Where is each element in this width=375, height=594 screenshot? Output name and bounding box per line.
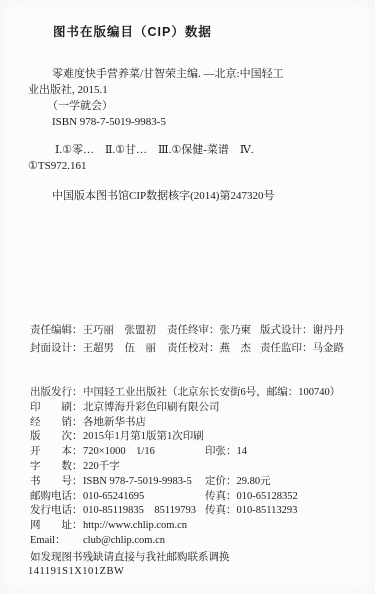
colophon-row-publisher: 出版发行： 中国轻工业出版社（北京东长安街6号，邮编：100740） [30, 386, 370, 401]
credit-pair: 责任校对： 燕 杰 [167, 340, 260, 358]
colophon-extra: 传真：010-65128352 [205, 490, 298, 505]
colophon-extra: 传真：010-85113293 [205, 504, 297, 519]
cip-series: （一学就会） [28, 98, 358, 114]
colophon-label: 网 址： [30, 519, 83, 534]
colophon-extra: 印张：14 [205, 445, 247, 460]
colophon-row-sales-phone: 发行电话： 010-85119835 85119793 传真：010-85113… [30, 504, 370, 519]
colophon-row-mailorder-phone: 邮购电话： 010-65241695 传真：010-65128352 [30, 490, 370, 505]
credit-pair: 责任编辑： 王巧丽 张盟初 [30, 322, 167, 340]
colophon-value: 010-85119835 85119793 [83, 504, 205, 519]
colophon-label: 书 号： [30, 475, 83, 490]
cip-section: 图书在版编目（CIP）数据 零难度快手营养菜/甘智荣主编. —北京:中国轻工 业… [28, 24, 358, 204]
credits-row: 封面设计： 王超男 伍 丽 责任校对： 燕 杰 责任监印： 马金路 [30, 340, 370, 358]
cip-classification-line2: ①TS972.161 [28, 158, 358, 174]
colophon-row-website: 网 址： http://www.chlip.com.cn [30, 519, 370, 534]
credit-pair: 责任终审： 张乃柬 [167, 322, 260, 340]
colophon-value: 北京博海升彩色印刷有限公司 [83, 401, 220, 416]
colophon-section: 出版发行： 中国轻工业出版社（北京东长安街6号，邮编：100740） 印 刷： … [30, 386, 370, 549]
credit-label: 责任终审： [167, 322, 220, 340]
colophon-row-wordcount: 字 数： 220千字 [30, 460, 370, 475]
copyright-page: 图书在版编目（CIP）数据 零难度快手营养菜/甘智荣主编. —北京:中国轻工 业… [0, 0, 375, 594]
credit-value: 燕 杰 [220, 340, 252, 358]
colophon-row-isbn: 书 号： ISBN 978-7-5019-9983-5 定价：29.80元 [30, 475, 370, 490]
colophon-row-printer: 印 刷： 北京博海升彩色印刷有限公司 [30, 401, 370, 416]
colophon-row-distributor: 经 销： 各地新华书店 [30, 416, 370, 431]
credit-label: 责任监印： [260, 340, 313, 358]
colophon-value: 各地新华书店 [83, 416, 146, 431]
colophon-label: 印 刷： [30, 401, 83, 416]
colophon-label: 经 销： [30, 416, 83, 431]
colophon-value: club@chlip.com.cn [83, 534, 165, 549]
colophon-value: 2015年1月第1版第1次印刷 [83, 430, 204, 445]
colophon-label: 出版发行： [30, 386, 83, 401]
colophon-value: 中国轻工业出版社（北京东长安街6号，邮编：100740） [83, 386, 340, 401]
colophon-row-format: 开 本： 720×1000 1/16 印张：14 [30, 445, 370, 460]
product-code: 141191S1X101ZBW [28, 566, 124, 577]
colophon-label: Email： [30, 534, 83, 549]
colophon-label: 发行电话： [30, 504, 83, 519]
credit-value: 谢丹丹 [313, 322, 345, 340]
colophon-label: 字 数： [30, 460, 83, 475]
credit-label: 责任编辑： [30, 322, 83, 340]
credit-value: 张乃柬 [220, 322, 252, 340]
colophon-value: 720×1000 1/16 [83, 445, 205, 460]
credit-label: 封面设计： [30, 340, 83, 358]
colophon-extra: 定价：29.80元 [205, 475, 271, 490]
credits-row: 责任编辑： 王巧丽 张盟初 责任终审： 张乃柬 版式设计： 谢丹丹 [30, 322, 370, 340]
cip-isbn: ISBN 978-7-5019-9983-5 [28, 114, 358, 130]
colophon-value: ISBN 978-7-5019-9983-5 [83, 475, 205, 490]
colophon-value: 010-65241695 [83, 490, 205, 505]
credits-section: 责任编辑： 王巧丽 张盟初 责任终审： 张乃柬 版式设计： 谢丹丹 封面设计： … [30, 322, 370, 358]
colophon-label: 邮购电话： [30, 490, 83, 505]
colophon-label: 开 本： [30, 445, 83, 460]
credit-pair: 责任监印： 马金路 [260, 340, 344, 358]
colophon-label: 版 次： [30, 430, 83, 445]
colophon-row-edition: 版 次： 2015年1月第1版第1次印刷 [30, 430, 370, 445]
cip-entry-line1: 零难度快手营养菜/甘智荣主编. —北京:中国轻工 [28, 66, 358, 82]
colophon-row-email: Email： club@chlip.com.cn [30, 534, 370, 549]
exchange-notice: 如发现图书残缺请直接与我社邮购联系调换 [30, 550, 230, 565]
colophon-value: http://www.chlip.com.cn [83, 519, 187, 534]
credit-value: 王巧丽 张盟初 [83, 322, 157, 340]
cip-entry-line2: 业出版社, 2015.1 [28, 82, 358, 98]
cip-classification-line1: Ⅰ.①零… Ⅱ.①甘… Ⅲ.①保健-菜谱 Ⅳ. [28, 142, 358, 158]
cip-record-number: 中国版本图书馆CIP数据核字(2014)第247320号 [28, 188, 358, 204]
cip-header: 图书在版编目（CIP）数据 [53, 24, 358, 40]
credit-pair: 版式设计： 谢丹丹 [260, 322, 344, 340]
colophon-value: 220千字 [83, 460, 120, 475]
credit-label: 责任校对： [167, 340, 220, 358]
credit-value: 王超男 伍 丽 [83, 340, 157, 358]
credit-value: 马金路 [313, 340, 345, 358]
credit-pair: 封面设计： 王超男 伍 丽 [30, 340, 167, 358]
credit-label: 版式设计： [260, 322, 313, 340]
